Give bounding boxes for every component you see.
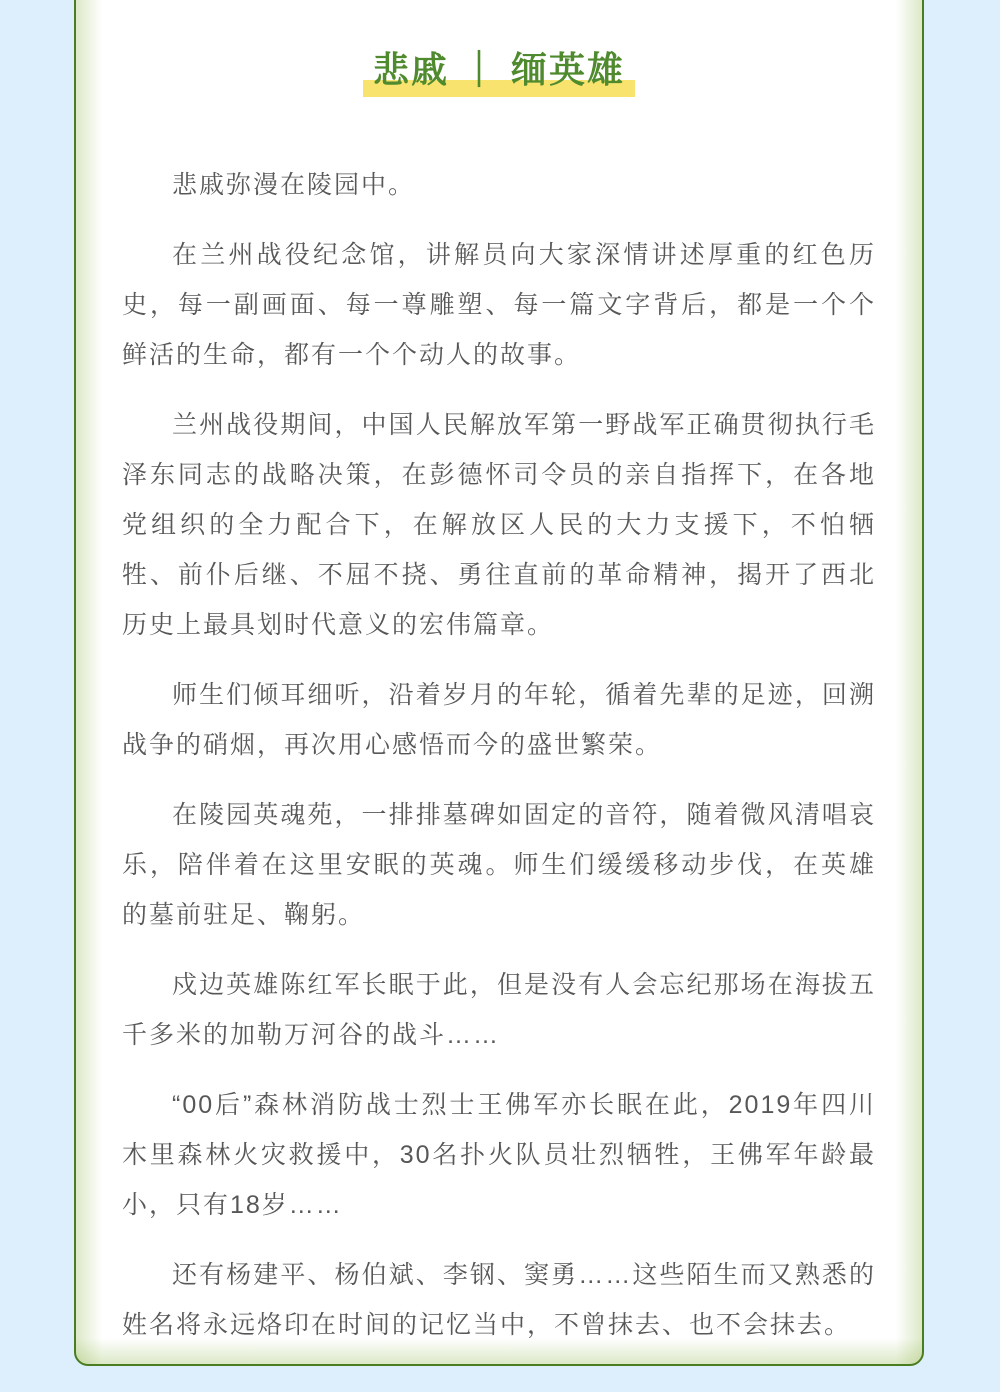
- page-background: 悲戚 ｜ 缅英雄 悲戚弥漫在陵园中。 在兰州战役纪念馆，讲解员向大家深情讲述厚重…: [0, 0, 1000, 1392]
- paragraph: 在兰州战役纪念馆，讲解员向大家深情讲述厚重的红色历史，每一副画面、每一尊雕塑、每…: [122, 230, 876, 380]
- paragraph: 师生们倾耳细听，沿着岁月的年轮，循着先辈的足迹，回溯战争的硝烟，再次用心感悟而今…: [122, 670, 876, 770]
- article-body: 悲戚弥漫在陵园中。 在兰州战役纪念馆，讲解员向大家深情讲述厚重的红色历史，每一副…: [122, 160, 876, 1350]
- paragraph: “00后”森林消防战士烈士王佛军亦长眠在此，2019年四川木里森林火灾救援中，3…: [122, 1080, 876, 1230]
- paragraph: 悲戚弥漫在陵园中。: [122, 160, 876, 210]
- article-card: 悲戚 ｜ 缅英雄 悲戚弥漫在陵园中。 在兰州战役纪念馆，讲解员向大家深情讲述厚重…: [74, 0, 924, 1366]
- paragraph: 兰州战役期间，中国人民解放军第一野战军正确贯彻执行毛泽东同志的战略决策，在彭德怀…: [122, 400, 876, 650]
- paragraph: 戍边英雄陈红军长眠于此，但是没有人会忘纪那场在海拔五千多米的加勒万河谷的战斗……: [122, 960, 876, 1060]
- article-title-text: 悲戚 ｜ 缅英雄: [363, 48, 635, 97]
- paragraph: 在陵园英魂苑，一排排墓碑如固定的音符，随着微风清唱哀乐，陪伴着在这里安眠的英魂。…: [122, 790, 876, 940]
- paragraph: 还有杨建平、杨伯斌、李钢、窦勇……这些陌生而又熟悉的姓名将永远烙印在时间的记忆当…: [122, 1250, 876, 1350]
- article-title: 悲戚 ｜ 缅英雄: [122, 48, 876, 100]
